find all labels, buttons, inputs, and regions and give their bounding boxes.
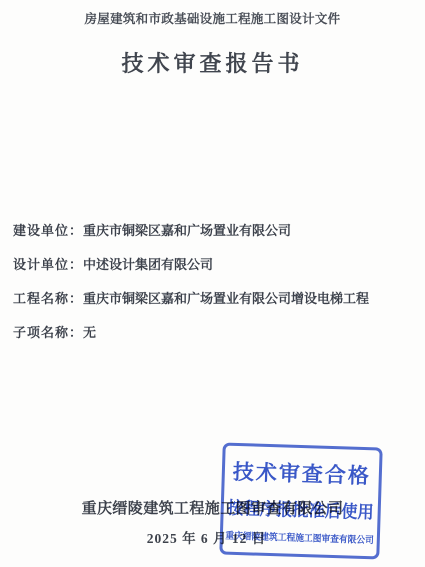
- fields-section: 建设单位：重庆市铜梁区嘉和广场置业有限公司 设计单位：中述设计集团有限公司 工程…: [13, 214, 415, 350]
- field-row-subitem-name: 子项名称：无: [13, 316, 415, 350]
- field-label: 工程名称：: [13, 291, 83, 306]
- field-label: 建设单位：: [13, 223, 83, 238]
- stamp-line-company: 重庆缙陵建筑工程施工图审查有限公司: [225, 528, 374, 547]
- main-title: 技术审查报告书: [0, 47, 425, 78]
- doc-type-title: 房屋建筑和市政基础设施工程施工图设计文件: [0, 9, 425, 27]
- field-row-construction-unit: 建设单位：重庆市铜梁区嘉和广场置业有限公司: [13, 214, 415, 248]
- field-row-design-unit: 设计单位：中述设计集团有限公司: [13, 248, 415, 282]
- field-value: 无: [83, 325, 96, 340]
- field-value: 重庆市铜梁区嘉和广场置业有限公司增设电梯工程: [83, 291, 369, 306]
- field-label: 子项名称：: [13, 325, 83, 340]
- stamp-line-approved: 技术审查合格: [232, 456, 371, 490]
- report-cover-page: 房屋建筑和市政基础设施工程施工图设计文件 技术审查报告书 建设单位：重庆市铜梁区…: [0, 0, 425, 567]
- approval-stamp: 技术审查合格 按程序报批准后使用 重庆缙陵建筑工程施工图审查有限公司: [219, 443, 382, 560]
- field-row-project-name: 工程名称：重庆市铜梁区嘉和广场置业有限公司增设电梯工程: [13, 282, 415, 316]
- field-label: 设计单位：: [13, 257, 83, 272]
- field-value: 重庆市铜梁区嘉和广场置业有限公司: [83, 223, 291, 238]
- field-value: 中述设计集团有限公司: [83, 257, 213, 272]
- stamp-line-instruction: 按程序报批准后使用: [227, 494, 374, 524]
